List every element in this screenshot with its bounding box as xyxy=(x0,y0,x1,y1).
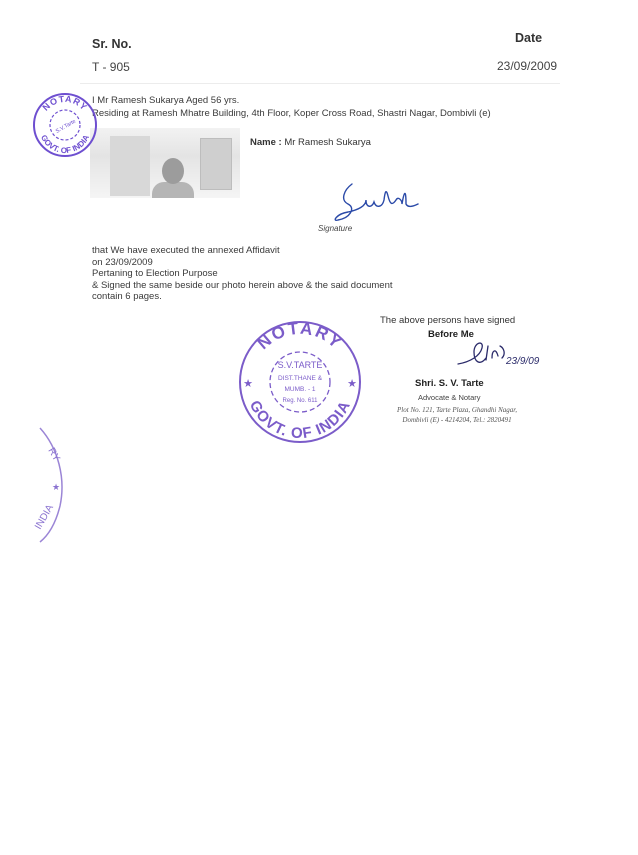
name-label: Name : xyxy=(250,137,282,148)
serial-number-label: Sr. No. xyxy=(92,37,132,51)
header-divider xyxy=(80,83,560,84)
declarant-address: Residing at Ramesh Mhatre Building, 4th … xyxy=(92,108,491,120)
star-icon: ★ xyxy=(243,378,253,390)
notary-address-line: Dombivli (E) - 4214204, Tel.: 2820491 xyxy=(382,415,532,425)
stamp-top-text: NOTARY xyxy=(254,319,347,354)
stamp-center-line: S.V.TARTE xyxy=(278,360,323,370)
small-stamp-bottom-text: GOVT. OF INDIA xyxy=(39,133,91,155)
stamp-bottom-text: GOVT. OF INDIA xyxy=(246,398,354,443)
name-value: Mr Ramesh Sukarya xyxy=(284,137,371,148)
declarant-signature-scribble xyxy=(330,178,420,226)
svg-text:GOVT. OF INDIA: GOVT. OF INDIA xyxy=(39,133,91,155)
svg-text:GOVT. OF INDIA: GOVT. OF INDIA xyxy=(246,398,354,443)
star-icon: ★ xyxy=(52,482,60,492)
notary-signature-date: 23/9/09 xyxy=(505,356,540,367)
statement-line: Pertaning to Election Purpose xyxy=(92,268,393,280)
statement-line: contain 6 pages. xyxy=(92,291,393,303)
stamp-center-line: Reg. No. 611 xyxy=(283,398,319,404)
declarant-line-1: I Mr Ramesh Sukarya Aged 56 yrs. xyxy=(92,95,239,107)
declarant-name: Name : Mr Ramesh Sukarya xyxy=(250,137,371,148)
statement-line: & Signed the same beside our photo herei… xyxy=(92,280,393,292)
small-stamp-center: S.V.Tarte xyxy=(55,119,77,135)
partial-notary-stamp: RY ★ INDIA xyxy=(0,418,70,548)
date-value: 23/09/2009 xyxy=(497,59,557,73)
attestation-line: The above persons have signed xyxy=(380,315,515,326)
star-icon: ★ xyxy=(347,378,357,390)
serial-number-value: T - 905 xyxy=(92,60,130,74)
date-label: Date xyxy=(515,31,542,45)
notary-address: Plot No. 121, Tarte Plaza, Ghandhi Nagar… xyxy=(382,405,532,425)
notary-stamp: NOTARY GOVT. OF INDIA ★ ★ S.V.TARTE DIST… xyxy=(230,318,370,446)
signature-label: Signature xyxy=(318,224,352,233)
notary-name: Shri. S. V. Tarte xyxy=(415,378,484,389)
stamp-center-line: MUMB. - 1 xyxy=(284,386,315,393)
statement-line: on 23/09/2009 xyxy=(92,257,393,269)
partial-stamp-top: RY xyxy=(45,446,62,464)
small-notary-stamp: NOTARY GOVT. OF INDIA S.V.Tarte xyxy=(30,90,100,160)
notary-address-line: Plot No. 121, Tarte Plaza, Ghandhi Nagar… xyxy=(382,405,532,415)
svg-text:NOTARY: NOTARY xyxy=(254,319,347,354)
notary-title: Advocate & Notary xyxy=(418,393,481,402)
statement-block: that We have executed the annexed Affida… xyxy=(92,245,393,303)
declarant-photo xyxy=(90,128,240,198)
statement-line: that We have executed the annexed Affida… xyxy=(92,245,393,257)
notary-signature-scribble: 23/9/09 xyxy=(450,336,550,376)
stamp-center-line: DIST.THANE & xyxy=(278,375,323,382)
